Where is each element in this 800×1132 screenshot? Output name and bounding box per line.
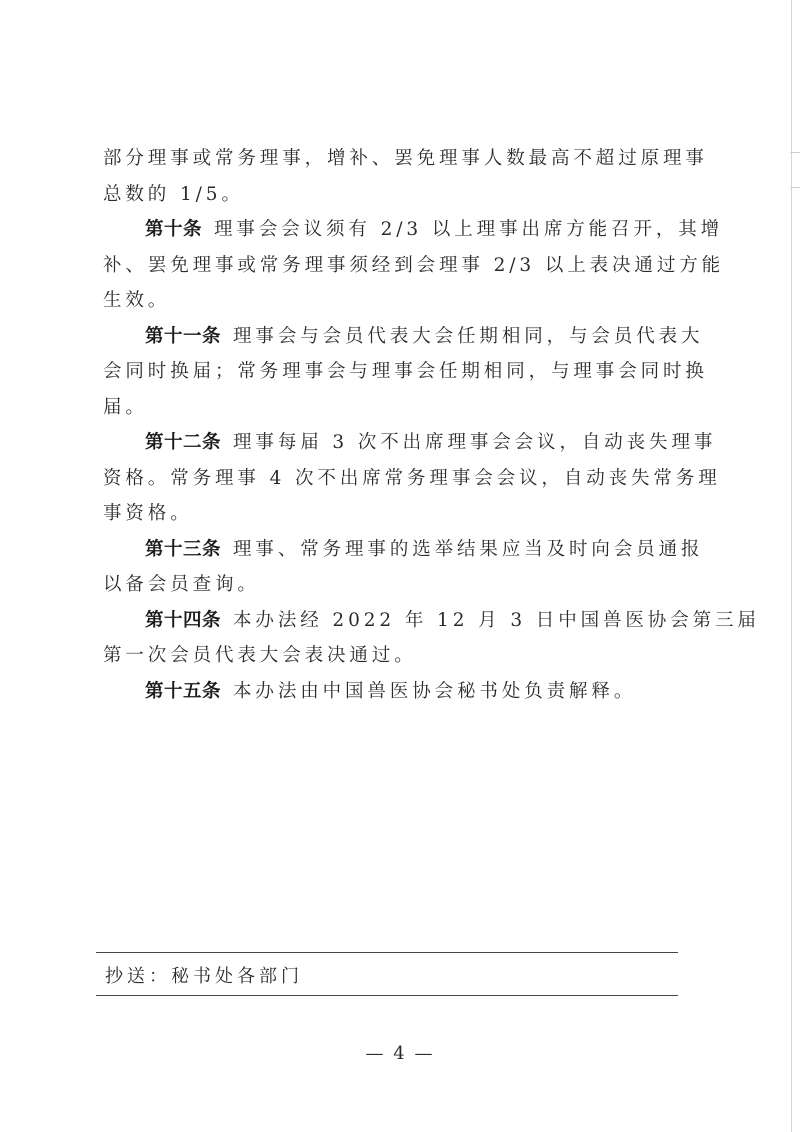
line-text: 第一次会员代表大会表决通过。 <box>103 645 417 666</box>
scan-edge-line <box>791 0 792 1132</box>
article-heading: 第十条 <box>145 219 202 240</box>
line-text: 届。 <box>103 397 148 418</box>
article-heading: 第十四条 <box>145 610 221 631</box>
text-line: 第一次会员代表大会表决通过。 <box>103 638 693 674</box>
article-13: 第十三条理事、常务理事的选举结果应当及时向会员通报 <box>103 532 693 568</box>
text-line: 生效。 <box>103 283 693 319</box>
article-heading: 第十三条 <box>145 539 221 560</box>
article-heading: 第十五条 <box>145 681 221 702</box>
line-text: 总数的 1/5。 <box>103 184 244 205</box>
line-text: 本办法经 2022 年 12 月 3 日中国兽医协会第三届 <box>233 610 760 631</box>
document-body: 部分理事或常务理事，增补、罢免理事人数最高不超过原理事 总数的 1/5。 第十条… <box>103 141 693 709</box>
line-text: 资格。常务理事 4 次不出席常务理事会会议，自动丧失常务理 <box>103 468 721 489</box>
article-11: 第十一条理事会与会员代表大会任期相同，与会员代表大 <box>103 319 693 355</box>
cc-line: 抄送：秘书处各部门 <box>105 962 303 988</box>
article-12: 第十二条理事每届 3 次不出席理事会会议，自动丧失理事 <box>103 425 693 461</box>
article-14: 第十四条本办法经 2022 年 12 月 3 日中国兽医协会第三届 <box>103 603 693 639</box>
scan-edge-mark <box>790 187 800 188</box>
line-text: 理事会与会员代表大会任期相同，与会员代表大 <box>233 326 703 347</box>
line-text: 会同时换届；常务理事会与理事会任期相同，与理事会同时换 <box>103 361 708 382</box>
article-15: 第十五条本办法由中国兽医协会秘书处负责解释。 <box>103 674 693 710</box>
line-text: 本办法由中国兽医协会秘书处负责解释。 <box>233 681 636 702</box>
article-10: 第十条理事会会议须有 2/3 以上理事出席方能召开，其增 <box>103 212 693 248</box>
text-line: 资格。常务理事 4 次不出席常务理事会会议，自动丧失常务理 <box>103 461 693 497</box>
text-line: 会同时换届；常务理事会与理事会任期相同，与理事会同时换 <box>103 354 693 390</box>
cc-bottom-divider <box>96 995 678 996</box>
text-line: 总数的 1/5。 <box>103 177 693 213</box>
scan-edge-mark <box>790 152 800 153</box>
line-text: 理事会会议须有 2/3 以上理事出席方能召开，其增 <box>214 219 723 240</box>
article-heading: 第十一条 <box>145 326 221 347</box>
page-number: — 4 — <box>0 1043 800 1064</box>
text-line: 事资格。 <box>103 496 693 532</box>
line-text: 理事、常务理事的选举结果应当及时向会员通报 <box>233 539 703 560</box>
line-text: 部分理事或常务理事，增补、罢免理事人数最高不超过原理事 <box>103 148 708 169</box>
line-text: 补、罢免理事或常务理事须经到会理事 2/3 以上表决通过方能 <box>103 255 724 276</box>
line-text: 生效。 <box>103 290 170 311</box>
line-text: 事资格。 <box>103 503 193 524</box>
line-text: 以备会员查询。 <box>103 574 260 595</box>
text-line: 以备会员查询。 <box>103 567 693 603</box>
article-heading: 第十二条 <box>145 432 221 453</box>
text-line: 届。 <box>103 390 693 426</box>
text-line: 部分理事或常务理事，增补、罢免理事人数最高不超过原理事 <box>103 141 693 177</box>
text-line: 补、罢免理事或常务理事须经到会理事 2/3 以上表决通过方能 <box>103 248 693 284</box>
cc-top-divider <box>96 952 678 953</box>
line-text: 理事每届 3 次不出席理事会会议，自动丧失理事 <box>233 432 716 453</box>
